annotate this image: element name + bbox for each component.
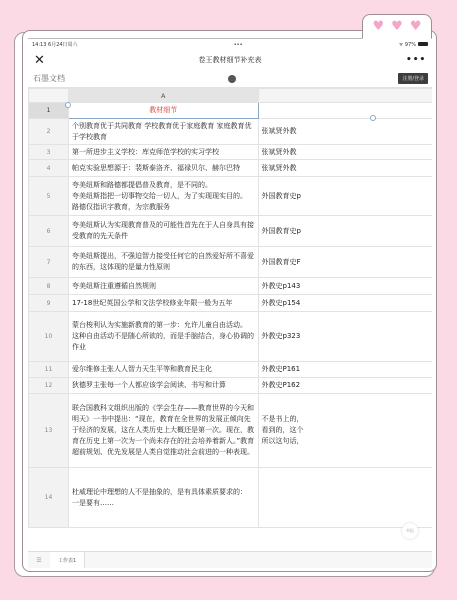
app-screen: 14:13 6月24日周六 ••• ᯤ 97% ✕ 卷王教材细节补充表 ••• …: [28, 38, 432, 568]
heart-icon: ♥: [373, 20, 385, 33]
sheet-menu-icon[interactable]: ☰: [28, 557, 50, 564]
row-number[interactable]: 1: [29, 103, 69, 119]
cell-b[interactable]: 张斌贤外教: [258, 160, 432, 177]
cell-a[interactable]: 夸美纽斯提出，不强迫智力接受任何它的自然爱好所不喜爱的东西，这体现的是量力性原则: [69, 247, 259, 278]
table-row: 7 夸美纽斯提出，不强迫智力接受任何它的自然爱好所不喜爱的东西，这体现的是量力性…: [29, 247, 433, 278]
selection-handle[interactable]: [370, 115, 376, 121]
cell-a[interactable]: 蒙台梭利认为实施新教育的第一步：允许儿童自由活动。 这种自由活动不是随心所欲的，…: [69, 312, 259, 362]
row-number[interactable]: 13: [29, 394, 69, 468]
cell-a[interactable]: 17-18世纪英国公学和文法学校修业年限一般为五年: [69, 295, 259, 312]
cell-a[interactable]: 第一所进步主义学校：库克师范学校的实习学校: [69, 145, 259, 160]
row-number[interactable]: 2: [29, 119, 69, 145]
date: 6月24日周六: [48, 42, 78, 48]
table-row: 5 夸美纽斯和路德都提倡普及教育，是不同的。 夸美纽斯指把一切事物交给一切人，为…: [29, 177, 433, 216]
heart-icon: ♥: [391, 20, 403, 33]
decor-tab: ♥ ♥ ♥: [362, 14, 432, 38]
cell-b[interactable]: 外国教育史p: [258, 177, 432, 216]
more-icon[interactable]: •••: [406, 55, 426, 65]
select-all-corner[interactable]: [29, 89, 69, 103]
cell-a[interactable]: 联合国教科文组织出版的《学会生存——教育世界的今天和明天》一书中提出：“现在，教…: [69, 394, 259, 468]
table-row: 8 夸美纽斯注重遵循自然规则 外教史p143: [29, 278, 433, 295]
row-number[interactable]: 11: [29, 362, 69, 378]
column-header-b[interactable]: [258, 89, 432, 103]
row-number[interactable]: 14: [29, 468, 69, 528]
cell-a[interactable]: 爱尔维修主张人人智力天生平等和教育民主化: [69, 362, 259, 378]
table-row: 9 17-18世纪英国公学和文法学校修业年限一般为五年 外教史p154: [29, 295, 433, 312]
cell-b[interactable]: 张斌贤外教: [258, 145, 432, 160]
table-row: 14 杜威理论中理想的人不是抽象的，是有具体素质要求的： 一是要有……: [29, 468, 433, 528]
cell-b[interactable]: 外教史p143: [258, 278, 432, 295]
sheet-tab-1[interactable]: 工作表1: [50, 552, 85, 568]
cell-a[interactable]: 狄德罗主张每一个人都应该学会阅读、书写和计算: [69, 378, 259, 394]
page-title: 卷王教材细节补充表: [199, 55, 262, 65]
login-button[interactable]: 注册/登录: [398, 73, 428, 84]
brand-logo: 石墨文档: [33, 73, 65, 84]
cell-b[interactable]: 外教史P161: [258, 362, 432, 378]
cell-b[interactable]: 外国教育史F: [258, 247, 432, 278]
time: 14:13: [32, 42, 46, 48]
battery-text: 97%: [405, 42, 416, 48]
row-number[interactable]: 10: [29, 312, 69, 362]
cell-a1[interactable]: 教材细节: [69, 103, 259, 119]
row-number[interactable]: 12: [29, 378, 69, 394]
globe-icon[interactable]: [228, 75, 236, 83]
row-number[interactable]: 8: [29, 278, 69, 295]
cell-b[interactable]: 外教史p154: [258, 295, 432, 312]
battery-icon: [418, 42, 428, 46]
close-icon[interactable]: ✕: [34, 53, 54, 68]
cell-b1[interactable]: 出: [258, 103, 432, 119]
row-number[interactable]: 5: [29, 177, 69, 216]
row-number[interactable]: 3: [29, 145, 69, 160]
cell-b[interactable]: 张斌贤外教: [258, 119, 432, 145]
nav-bar: ✕ 卷王教材细节补充表 •••: [28, 50, 432, 70]
wifi-icon: ᯤ: [399, 42, 404, 48]
table-row: 2 个别教育优于共同教育 学校教育优于家庭教育 家庭教育优于学校教育 张斌贤外教: [29, 119, 433, 145]
table-row: 10 蒙台梭利认为实施新教育的第一步：允许儿童自由活动。 这种自由活动不是随心所…: [29, 312, 433, 362]
cell-a[interactable]: 帕克实验思想源于：裴斯泰洛齐、福禄贝尔、赫尔巴特: [69, 160, 259, 177]
cell-b[interactable]: 外教史P162: [258, 378, 432, 394]
table-row: 4 帕克实验思想源于：裴斯泰洛齐、福禄贝尔、赫尔巴特 张斌贤外教: [29, 160, 433, 177]
status-bar: 14:13 6月24日周六 ••• ᯤ 97%: [28, 39, 432, 50]
report-button[interactable]: 举报: [402, 523, 418, 539]
row-number[interactable]: 9: [29, 295, 69, 312]
cell-a[interactable]: 夸美纽斯注重遵循自然规则: [69, 278, 259, 295]
cell-b[interactable]: [258, 468, 432, 528]
cell-b[interactable]: 外教史p323: [258, 312, 432, 362]
table-row: 13 联合国教科文组织出版的《学会生存——教育世界的今天和明天》一书中提出：“现…: [29, 394, 433, 468]
row-number[interactable]: 6: [29, 216, 69, 247]
cell-a[interactable]: 夸美纽斯和路德都提倡普及教育，是不同的。 夸美纽斯指把一切事物交给一切人，为了实…: [69, 177, 259, 216]
doc-toolbar: 石墨文档 注册/登录: [28, 70, 432, 88]
spreadsheet-grid: A 1 教材细节 出 2 个别教育优于共同教育 学校教育优于家庭教育 家庭教育优…: [28, 88, 432, 528]
table-row: 11 爱尔维修主张人人智力天生平等和教育民主化 外教史P161: [29, 362, 433, 378]
multitask-dots[interactable]: •••: [234, 42, 243, 48]
table-row: 12 狄德罗主张每一个人都应该学会阅读、书写和计算 外教史P162: [29, 378, 433, 394]
selection-handle[interactable]: [65, 102, 71, 108]
cell-b[interactable]: 不是书上的， 看到的，这个 所以这句话，: [258, 394, 432, 468]
column-header-a[interactable]: A: [69, 89, 259, 103]
heart-icon: ♥: [410, 20, 422, 33]
cell-a[interactable]: 个别教育优于共同教育 学校教育优于家庭教育 家庭教育优于学校教育: [69, 119, 259, 145]
cell-a[interactable]: 夸美纽斯认为实现教育普及的可能性首先在于人自身具有接受教育的先天条件: [69, 216, 259, 247]
row-number[interactable]: 4: [29, 160, 69, 177]
sheet-tab-bar: ☰ 工作表1: [28, 551, 432, 568]
cell-b[interactable]: 外国教育史p: [258, 216, 432, 247]
row-number[interactable]: 7: [29, 247, 69, 278]
table-row: 6 夸美纽斯认为实现教育普及的可能性首先在于人自身具有接受教育的先天条件 外国教…: [29, 216, 433, 247]
table-row: 3 第一所进步主义学校：库克师范学校的实习学校 张斌贤外教: [29, 145, 433, 160]
cell-a[interactable]: 杜威理论中理想的人不是抽象的，是有具体素质要求的： 一是要有……: [69, 468, 259, 528]
